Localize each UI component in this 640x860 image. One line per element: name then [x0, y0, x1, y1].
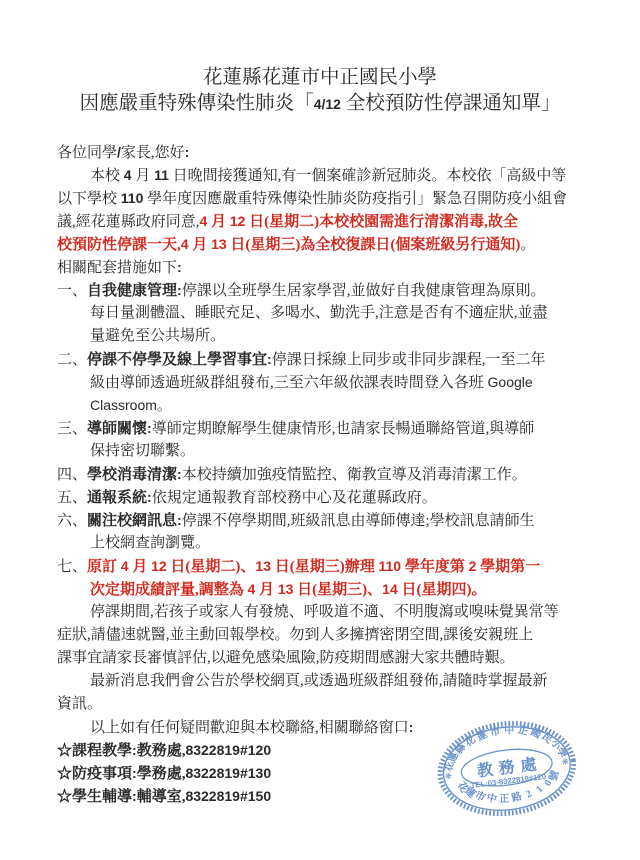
stamp-arc-bottom-char: 2	[524, 788, 534, 800]
latin-run: Google	[488, 374, 533, 390]
latin-run: 8322819#120	[185, 742, 271, 758]
doc-line: 本校 4 月 11 日晚間接獲通知,有一個案確診新冠肺炎。本校依「高級中等	[57, 164, 640, 187]
latin-run: 12	[230, 213, 246, 229]
latin-run: 12	[151, 558, 167, 574]
text-run: :停課以全班學生居家學習,並做好自我健康管理為原則。	[177, 283, 545, 299]
latin-run: 11	[154, 167, 169, 183]
doc-line: 最新消息我們會公告於學校網頁,或透過班級群組發佈,請隨時掌握最新	[57, 670, 640, 693]
office-stamp-svg: 花蓮縣花蓮市中正國民小學花蓮市中正路210號❋❋教務處TEL:03-832281…	[428, 710, 585, 829]
latin-run: :	[147, 420, 152, 436]
bold-text: 通報系統	[87, 490, 147, 506]
doc-line: 課事宜請家長審慎評估,以避免感染風險,防疫期間感謝大家共體時艱。	[57, 647, 640, 670]
text-run: :停課不停學期間,班級訊息由導師傳達;學校訊息請師生	[177, 513, 535, 529]
doc-header: 花蓮縣花蓮市中正國民小學 因應嚴重特殊傳染性肺炎「4/12 全校預防性停課通知單…	[0, 0, 640, 117]
doc-line: 六、關注校網訊息:停課不停學期間,班級訊息由導師傳達;學校訊息請師生	[57, 509, 640, 532]
text-run: 三、	[57, 421, 87, 437]
stamp-arc-top-char: 中	[504, 723, 514, 736]
doc-line: 三、導師關懷:導師定期瞭解學生健康情形,也請家長暢通聯絡管道,與導師	[57, 417, 640, 440]
office-stamp: 花蓮縣花蓮市中正國民小學花蓮市中正路210號❋❋教務處TEL:03-832281…	[428, 710, 585, 829]
latin-run: 2	[469, 558, 477, 574]
text-run: 上校網查詢瀏覽。	[90, 535, 210, 551]
text-run: 五、	[57, 490, 87, 506]
latin-run: 13	[211, 236, 227, 252]
text-run: 議,經花蓮縣政府同意,	[57, 214, 200, 230]
latin-run: 8322819#130	[185, 765, 271, 781]
latin-run: :	[185, 144, 190, 160]
doc-line: 保持密切聯繫。	[57, 440, 640, 463]
latin-run: :	[177, 512, 182, 528]
text-run: 以上如有任何疑問歡迎與本校聯絡,相關聯絡窗口:	[90, 720, 413, 736]
stamp-rosette-icon: ❋	[561, 757, 569, 767]
doc-line: 症狀,請儘速就醫,並主動回報學校。勿到人多擁擠密閉空間,課後安親班上	[57, 624, 640, 647]
stamp-rosette-icon: ❋	[445, 771, 453, 781]
doc-line: 議,經花蓮縣政府同意,4 月 12 日(星期二)本校校園需進行清潔消毒,故全	[57, 210, 640, 233]
text-run: 六、	[57, 513, 87, 529]
doc-line: 上校網查詢瀏覽。	[57, 532, 640, 555]
stamp-arc-bottom-char: 1	[534, 784, 545, 796]
text-run: 量避免至公共場所。	[90, 328, 225, 344]
text-run: 每日量測體溫、睡眠充足、多喝水、勤洗手,注意是否有不適症狀,並盡	[90, 305, 548, 321]
latin-run: 13	[255, 558, 271, 574]
latin-run: Classroom	[90, 397, 157, 413]
bold-text: 關注校網訊息	[87, 513, 177, 529]
emphasis-red-text: 4 月 12 日(星期二)本校校園需進行清潔消毒,故全	[200, 214, 518, 230]
text-run: 資訊。	[57, 696, 102, 712]
doc-line: 四、學校消毒清潔:本校持續加強疫情監控、衛教宣導及消毒清潔工作。	[57, 463, 640, 486]
doc-line: 停課期間,若孩子或家人有發燒、呼吸道不適、不明腹瀉或嗅味覺異常等	[57, 601, 640, 624]
bold-text: ☆防疫事項:學務處,8322819#130	[57, 766, 271, 782]
latin-run: /	[117, 144, 121, 160]
doc-line: 以下學校 110 學年度因應嚴重特殊傳染性肺炎防疫指引」緊急召開防疫小組會	[57, 187, 640, 210]
text-run: 。	[520, 237, 535, 253]
bold-text: 停課不停學及線上學習事宜	[87, 352, 267, 368]
doc-title-line2: 因應嚴重特殊傳染性肺炎「4/12 全校預防性停課通知單」	[0, 91, 640, 118]
text-run: 一、	[57, 283, 87, 299]
text-run: 二、	[57, 352, 87, 368]
latin-run: :	[132, 788, 137, 804]
latin-run: 110	[379, 558, 402, 574]
doc-line: 每日量測體溫、睡眠充足、多喝水、勤洗手,注意是否有不適症狀,並盡	[57, 302, 640, 325]
latin-run: :	[177, 282, 182, 298]
doc-line: 七、原訂 4 月 12 日(星期二)、13 日(星期三)辦理 110 學年度第 …	[57, 555, 640, 578]
emphasis-red-text: 原訂 4 月 12 日(星期二)、13 日(星期三)辦理 110 學年度第 2 …	[87, 559, 540, 575]
stamp-arc-bottom-char: 路	[510, 789, 524, 804]
text-run: 症狀,請儘速就醫,並主動回報學校。勿到人多擁擠密閉空間,課後安親班上	[57, 627, 533, 643]
notice-page: 花蓮縣花蓮市中正國民小學 因應嚴重特殊傳染性肺炎「4/12 全校預防性停課通知單…	[0, 0, 640, 860]
text-run: 相關配套措施如下:	[57, 260, 182, 276]
latin-run: 4	[200, 213, 208, 229]
text-run: Classroom。	[90, 398, 172, 414]
doc-line: 校預防性停課一天,4 月 13 日(星期三)為全校復課日(個案班級另行通知)。	[57, 233, 640, 256]
doc-line: 各位同學/家長,您好:	[57, 141, 640, 164]
text-run: :本校持續加強疫情監控、衛教宣導及消毒清潔工作。	[177, 467, 527, 483]
latin-run: :	[147, 489, 152, 505]
latin-run: :	[132, 765, 137, 781]
latin-run: 8322819#150	[185, 788, 271, 804]
latin-run: 14	[382, 581, 398, 597]
latin-run: 110	[121, 190, 144, 206]
text-run: 最新消息我們會公告於學校網頁,或透過班級群組發佈,請隨時掌握最新	[90, 673, 548, 689]
doc-line: Classroom。	[57, 394, 640, 417]
latin-run: :	[132, 742, 137, 758]
text-run: :依規定通報教育部校務中心及花蓮縣政府。	[147, 490, 437, 506]
doc-line: 五、通報系統:依規定通報教育部校務中心及花蓮縣政府。	[57, 486, 640, 509]
doc-line: 相關配套措施如下:	[57, 256, 640, 279]
bold-text: 學校消毒清潔	[87, 467, 177, 483]
text-run: 本校 4 月 11 日晚間接獲通知,有一個案確診新冠肺炎。本校依「高級中等	[90, 168, 566, 184]
stamp-arc-bottom-char: 正	[499, 792, 510, 805]
text-run: 停課期間,若孩子或家人有發燒、呼吸道不適、不明腹瀉或嗅味覺異常等	[90, 604, 559, 620]
text-run: 以下學校 110 學年度因應嚴重特殊傳染性肺炎防疫指引」緊急召開防疫小組會	[57, 191, 567, 207]
doc-line: 一、自我健康管理:停課以全班學生居家學習,並做好自我健康管理為原則。	[57, 279, 640, 302]
text-run: 各位同學/家長,您好:	[57, 145, 189, 161]
text-run: :導師定期瞭解學生健康情形,也請家長暢通聯絡管道,與導師	[147, 421, 534, 437]
latin-run: 13	[278, 581, 294, 597]
bold-text: 自我健康管理	[87, 283, 177, 299]
bold-text: ☆學生輔導:輔導室,8322819#150	[57, 789, 271, 805]
latin-run: 4	[124, 167, 132, 183]
doc-body: 各位同學/家長,您好:本校 4 月 11 日晚間接獲通知,有一個案確診新冠肺炎。…	[0, 117, 640, 808]
doc-line: 量避免至公共場所。	[57, 325, 640, 348]
bold-text: ☆課程教學:教務處,8322819#120	[57, 743, 271, 759]
latin-run: 4	[248, 581, 256, 597]
doc-line: 級由導師透過班級群組發布,三至六年級依課表時間登入各班 Google	[57, 371, 640, 394]
stamp-arc-bottom-char: 中	[485, 791, 498, 806]
latin-run: 4/12	[314, 96, 341, 112]
doc-title-line1: 花蓮縣花蓮市中正國民小學	[0, 65, 640, 91]
doc-line: 二、停課不停學及線上學習事宜:停課日採線上同步或非同步課程,一至二年	[57, 348, 640, 371]
latin-run: 4	[121, 558, 129, 574]
emphasis-red-text: 校預防性停課一天,4 月 13 日(星期三)為全校復課日(個案班級另行通知)	[57, 237, 520, 253]
latin-run: :	[177, 259, 182, 275]
text-run: 保持密切聯繫。	[90, 443, 195, 459]
text-run: 四、	[57, 467, 87, 483]
emphasis-red-text: 次定期成績評量,調整為 4 月 13 日(星期三)、14 日(星期四)。	[90, 582, 486, 598]
text-run: 課事宜請家長審慎評估,以避免感染風險,防疫期間感謝大家共體時艱。	[57, 650, 515, 666]
text-run: :停課日採線上同步或非同步課程,一至二年	[267, 352, 545, 368]
doc-line: 次定期成績評量,調整為 4 月 13 日(星期三)、14 日(星期四)。	[57, 578, 640, 601]
latin-run: 4	[181, 236, 189, 252]
bold-text: 導師關懷	[87, 421, 147, 437]
latin-run: :	[267, 351, 272, 367]
latin-run: :	[177, 466, 182, 482]
text-run: 七、	[57, 559, 87, 575]
text-run: 級由導師透過班級群組發布,三至六年級依課表時間登入各班 Google	[90, 375, 533, 391]
latin-run: :	[409, 719, 414, 735]
